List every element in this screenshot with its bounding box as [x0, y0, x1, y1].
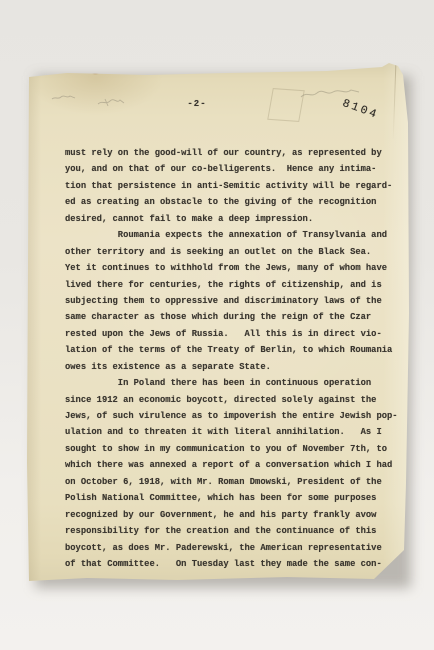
- document-page: -2- 8104 must rely on the good-will of o…: [27, 63, 409, 582]
- photo-backdrop: -2- 8104 must rely on the good-will of o…: [0, 0, 434, 650]
- typed-line: lation of the terms of the Treaty of Ber…: [65, 342, 401, 358]
- pencil-mark: [97, 96, 125, 108]
- typed-line: Jews, of such virulence as to impoverish…: [65, 408, 401, 424]
- typed-line: you, and on that of our co-belligerents.…: [65, 161, 401, 177]
- typed-line: In Poland there has been in continuous o…: [65, 375, 401, 391]
- typed-line: on October 6, 1918, with Mr. Roman Dmows…: [65, 474, 401, 490]
- typed-line: ulation and to threaten it with literal …: [65, 424, 401, 440]
- typed-line: boycott, as does Mr. Paderewski, the Ame…: [65, 540, 401, 556]
- typed-line: owes its existence as a separate State.: [65, 359, 401, 375]
- typed-line: responsibility for the creation and the …: [65, 523, 401, 539]
- paper-crease: [393, 65, 397, 141]
- typed-line: lived there for centuries, the rights of…: [65, 277, 401, 293]
- page-number: -2-: [180, 99, 214, 109]
- typed-line: ed as creating an obstacle to the giving…: [65, 194, 401, 210]
- paper-edge-speck: [92, 70, 99, 74]
- typed-line: same character as those which during the…: [65, 309, 401, 325]
- typed-line: sought to show in my communication to yo…: [65, 441, 401, 457]
- typed-line: desired, cannot fail to make a deep impr…: [65, 211, 401, 227]
- typed-line: Roumania expects the annexation of Trans…: [65, 227, 401, 243]
- typed-line: must rely on the good-will of our countr…: [65, 145, 401, 161]
- typed-line: recognized by our Government, he and his…: [65, 507, 401, 523]
- typed-line: Polish National Committee, which has bee…: [65, 490, 401, 506]
- typed-line: tion that persistence in anti-Semitic ac…: [65, 178, 401, 194]
- typed-line: Yet it continues to withhold from the Je…: [65, 260, 401, 276]
- typed-body: must rely on the good-will of our countr…: [65, 145, 401, 572]
- typed-line: rested upon the Jews of Russia. All this…: [65, 326, 401, 342]
- typed-line: subjecting them to oppressive and discri…: [65, 293, 401, 309]
- typed-line: of that Committee. On Tuesday last they …: [65, 556, 401, 572]
- typed-line: other territory and is seeking an outlet…: [65, 244, 401, 260]
- pencil-mark: [51, 93, 77, 103]
- typed-line: which there was annexed a report of a co…: [65, 457, 401, 473]
- typed-line: since 1912 an economic boycott, directed…: [65, 392, 401, 408]
